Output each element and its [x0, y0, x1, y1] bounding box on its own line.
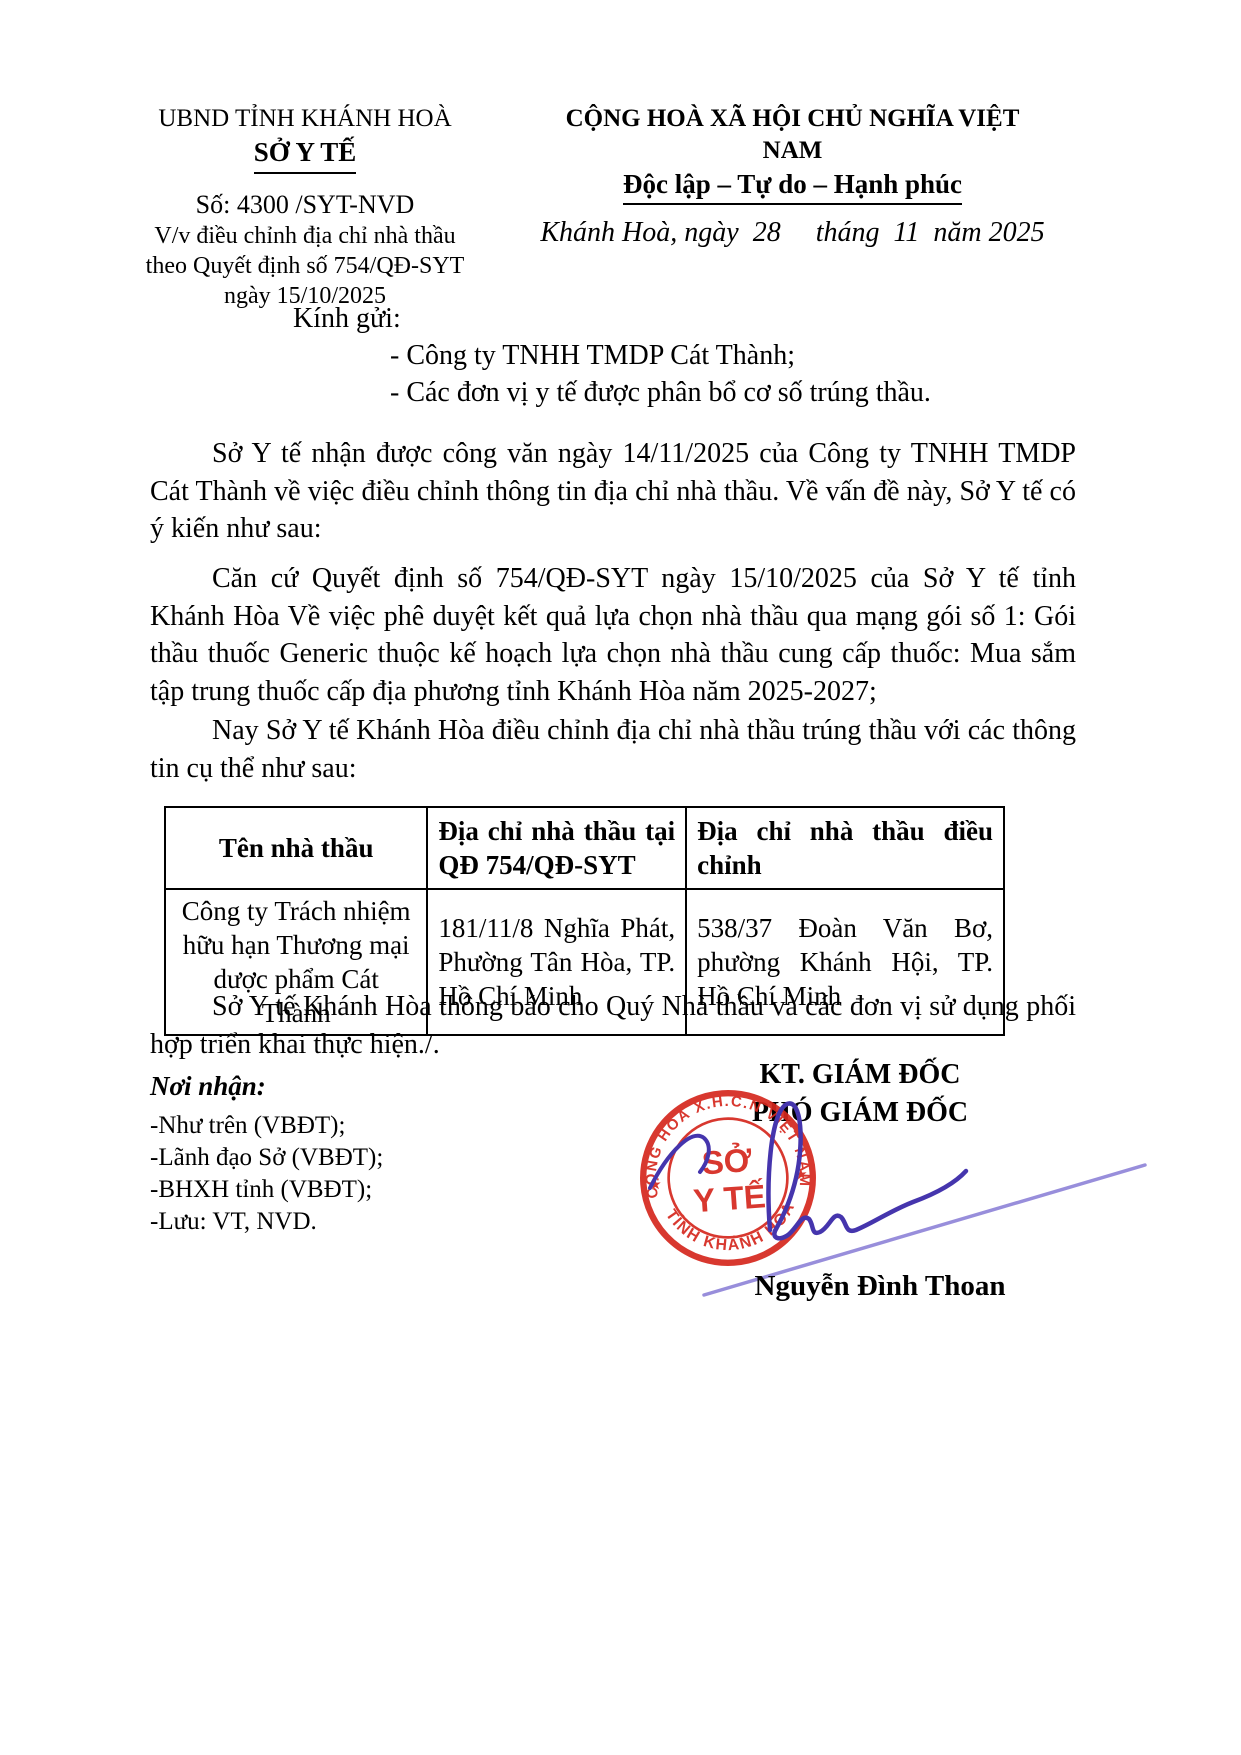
issuer-parent-org: UBND TỈNH KHÁNH HOÀ	[140, 103, 470, 135]
national-header: CỘNG HOÀ XÃ HỘI CHỦ NGHĨA VIỆT NAM Độc l…	[540, 103, 1045, 249]
recipient-item: - Các đơn vị y tế được phân bổ cơ số trú…	[390, 374, 1080, 411]
body-paragraph-3: Nay Sở Y tế Khánh Hòa điều chỉnh địa chỉ…	[150, 712, 1076, 787]
distribution-item: -Như trên (VBĐT);	[150, 1110, 570, 1142]
body-paragraph-2: Căn cứ Quyết định số 754/QĐ-SYT ngày 15/…	[150, 560, 1076, 710]
distribution-label: Nơi nhận:	[150, 1068, 570, 1104]
closing-paragraph: Sở Y tế Khánh Hòa thông báo cho Quý Nhà …	[150, 988, 1076, 1063]
recipients-block: Kính gửi: - Công ty TNHH TMDP Cát Thành;…	[150, 300, 1080, 411]
recipients-label: Kính gửi:	[293, 300, 1080, 337]
issuer-header: UBND TỈNH KHÁNH HOÀ SỞ Y TẾ Số: 4300 /SY…	[140, 103, 470, 311]
document-page: UBND TỈNH KHÁNH HOÀ SỞ Y TẾ Số: 4300 /SY…	[0, 0, 1241, 1755]
issuer-org-name: SỞ Y TẾ	[140, 135, 470, 174]
table-header-contractor-name: Tên nhà thầu	[165, 807, 427, 889]
distribution-item: -BHXH tỉnh (VBĐT);	[150, 1174, 570, 1206]
table-header-old-address: Địa chỉ nhà thầu tại QĐ 754/QĐ-SYT	[427, 807, 686, 889]
issuer-org-name-text: SỞ Y TẾ	[254, 135, 357, 174]
document-subject-line2: theo Quyết định số 754/QĐ-SYT	[140, 251, 470, 281]
document-subject-line1: V/v điều chỉnh địa chỉ nhà thầu	[140, 221, 470, 251]
distribution-item: -Lưu: VT, NVD.	[150, 1206, 570, 1238]
document-number: Số: 4300 /SYT-NVD	[140, 188, 470, 221]
place-date-line: Khánh Hoà, ngày 28 tháng 11 năm 2025	[540, 217, 1045, 249]
signer-name: Nguyễn Đình Thoan	[690, 1270, 1070, 1303]
body-paragraph-1: Sở Y tế nhận được công văn ngày 14/11/20…	[150, 435, 1076, 548]
national-motto-line2: Độc lập – Tự do – Hạnh phúc	[540, 167, 1045, 205]
distribution-item: -Lãnh đạo Sở (VBĐT);	[150, 1142, 570, 1174]
distribution-list: Nơi nhận: -Như trên (VBĐT); -Lãnh đạo Sở…	[150, 1068, 570, 1238]
national-motto-line2-text: Độc lập – Tự do – Hạnh phúc	[623, 167, 962, 205]
national-motto-line1: CỘNG HOÀ XÃ HỘI CHỦ NGHĨA VIỆT NAM	[540, 103, 1045, 167]
recipient-item: - Công ty TNHH TMDP Cát Thành;	[390, 337, 1080, 374]
table-header-new-address: Địa chỉ nhà thầu điều chỉnh	[686, 807, 1004, 889]
table-header-row: Tên nhà thầu Địa chỉ nhà thầu tại QĐ 754…	[165, 807, 1004, 889]
